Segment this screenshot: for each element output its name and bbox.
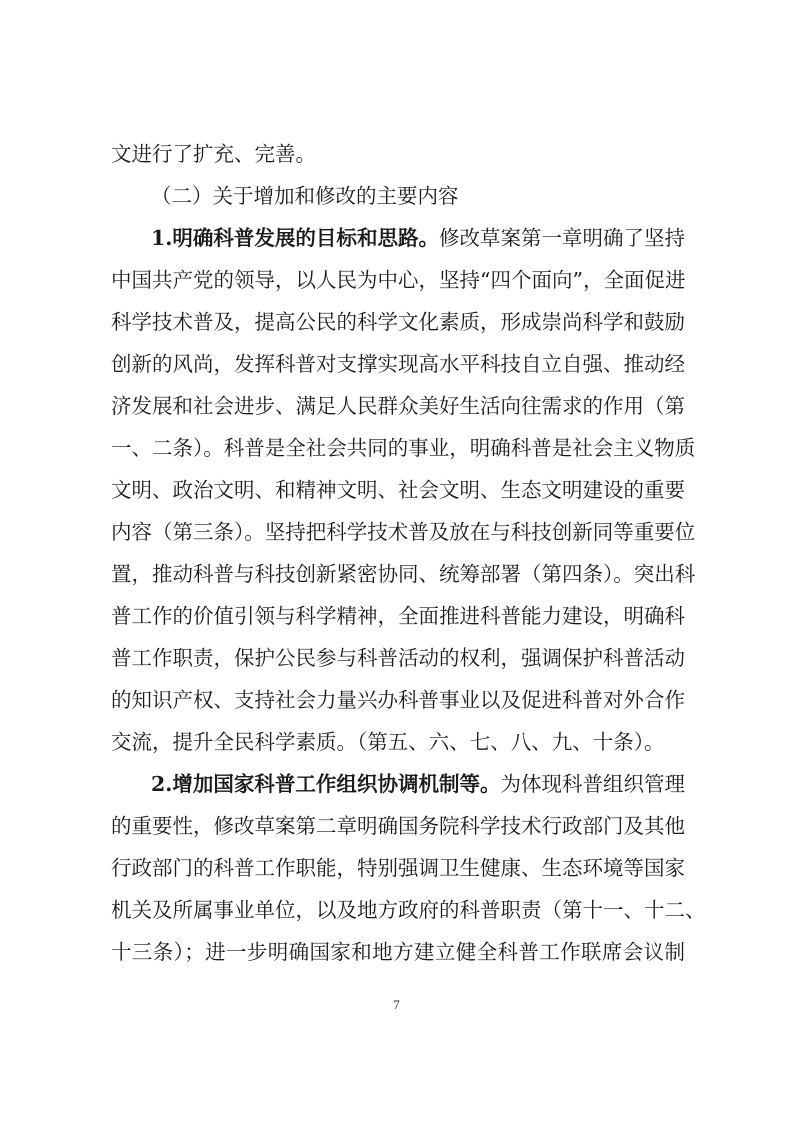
body-line: 交流，提升全民科学素质。（第五、六、七、八、九、十条）。 — [111, 722, 685, 762]
body-line: 中国共产党的领导，以人民为中心，坚持“四个面向”，全面促进 — [111, 260, 685, 300]
body-line: 一、二条）。科普是全社会共同的事业，明确科普是社会主义物质 — [111, 428, 685, 468]
body-line: 科学技术普及，提高公民的科学文化素质，形成崇尚科学和鼓励 — [111, 302, 685, 342]
body-line: 的知识产权、支持社会力量兴办科普事业以及促进科普对外合作 — [111, 680, 685, 720]
point-2-first-line: 2.增加国家科普工作组织协调机制等。为体现科普组织管理 — [151, 764, 685, 804]
body-line: 济发展和社会进步、满足人民群众美好生活向往需求的作用（第 — [111, 386, 685, 426]
body-line: 行政部门的科普工作职能，特别强调卫生健康、生态环境等国家 — [111, 848, 685, 888]
page-number: 7 — [0, 997, 793, 1013]
point-2-heading: 2.增加国家科普工作组织协调机制等。 — [151, 772, 500, 796]
body-line: 十三条）；进一步明确国家和地方建立健全科普工作联席会议制 — [111, 932, 685, 972]
point-1-heading: 1.明确科普发展的目标和思路。 — [151, 226, 439, 250]
body-line: 机关及所属事业单位，以及地方政府的科普职责（第十一、十二、 — [111, 890, 685, 930]
paragraph-continuation: 文进行了扩充、完善。 — [111, 134, 685, 174]
body-line: 普工作的价值引领与科学精神，全面推进科普能力建设，明确科 — [111, 596, 685, 636]
body-line: 内容（第三条）。坚持把科学技术普及放在与科技创新同等重要位 — [111, 512, 685, 552]
body-line: 普工作职责，保护公民参与科普活动的权利，强调保护科普活动 — [111, 638, 685, 678]
point-1-first-line: 1.明确科普发展的目标和思路。修改草案第一章明确了坚持 — [151, 218, 685, 258]
body-line: 的重要性，修改草案第二章明确国务院科学技术行政部门及其他 — [111, 806, 685, 846]
body-line: 创新的风尚，发挥科普对支撑实现高水平科技自立自强、推动经 — [111, 344, 685, 384]
document-page: 文进行了扩充、完善。 （二）关于增加和修改的主要内容 1.明确科普发展的目标和思… — [0, 0, 793, 1122]
point-1-text: 修改草案第一章明确了坚持 — [439, 226, 685, 250]
body-line: 文明、政治文明、和精神文明、社会文明、生态文明建设的重要 — [111, 470, 685, 510]
section-heading: （二）关于增加和修改的主要内容 — [151, 176, 685, 216]
body-line: 置，推动科普与科技创新紧密协同、统筹部署（第四条）。突出科 — [111, 554, 685, 594]
point-2-text: 为体现科普组织管理 — [500, 772, 685, 796]
